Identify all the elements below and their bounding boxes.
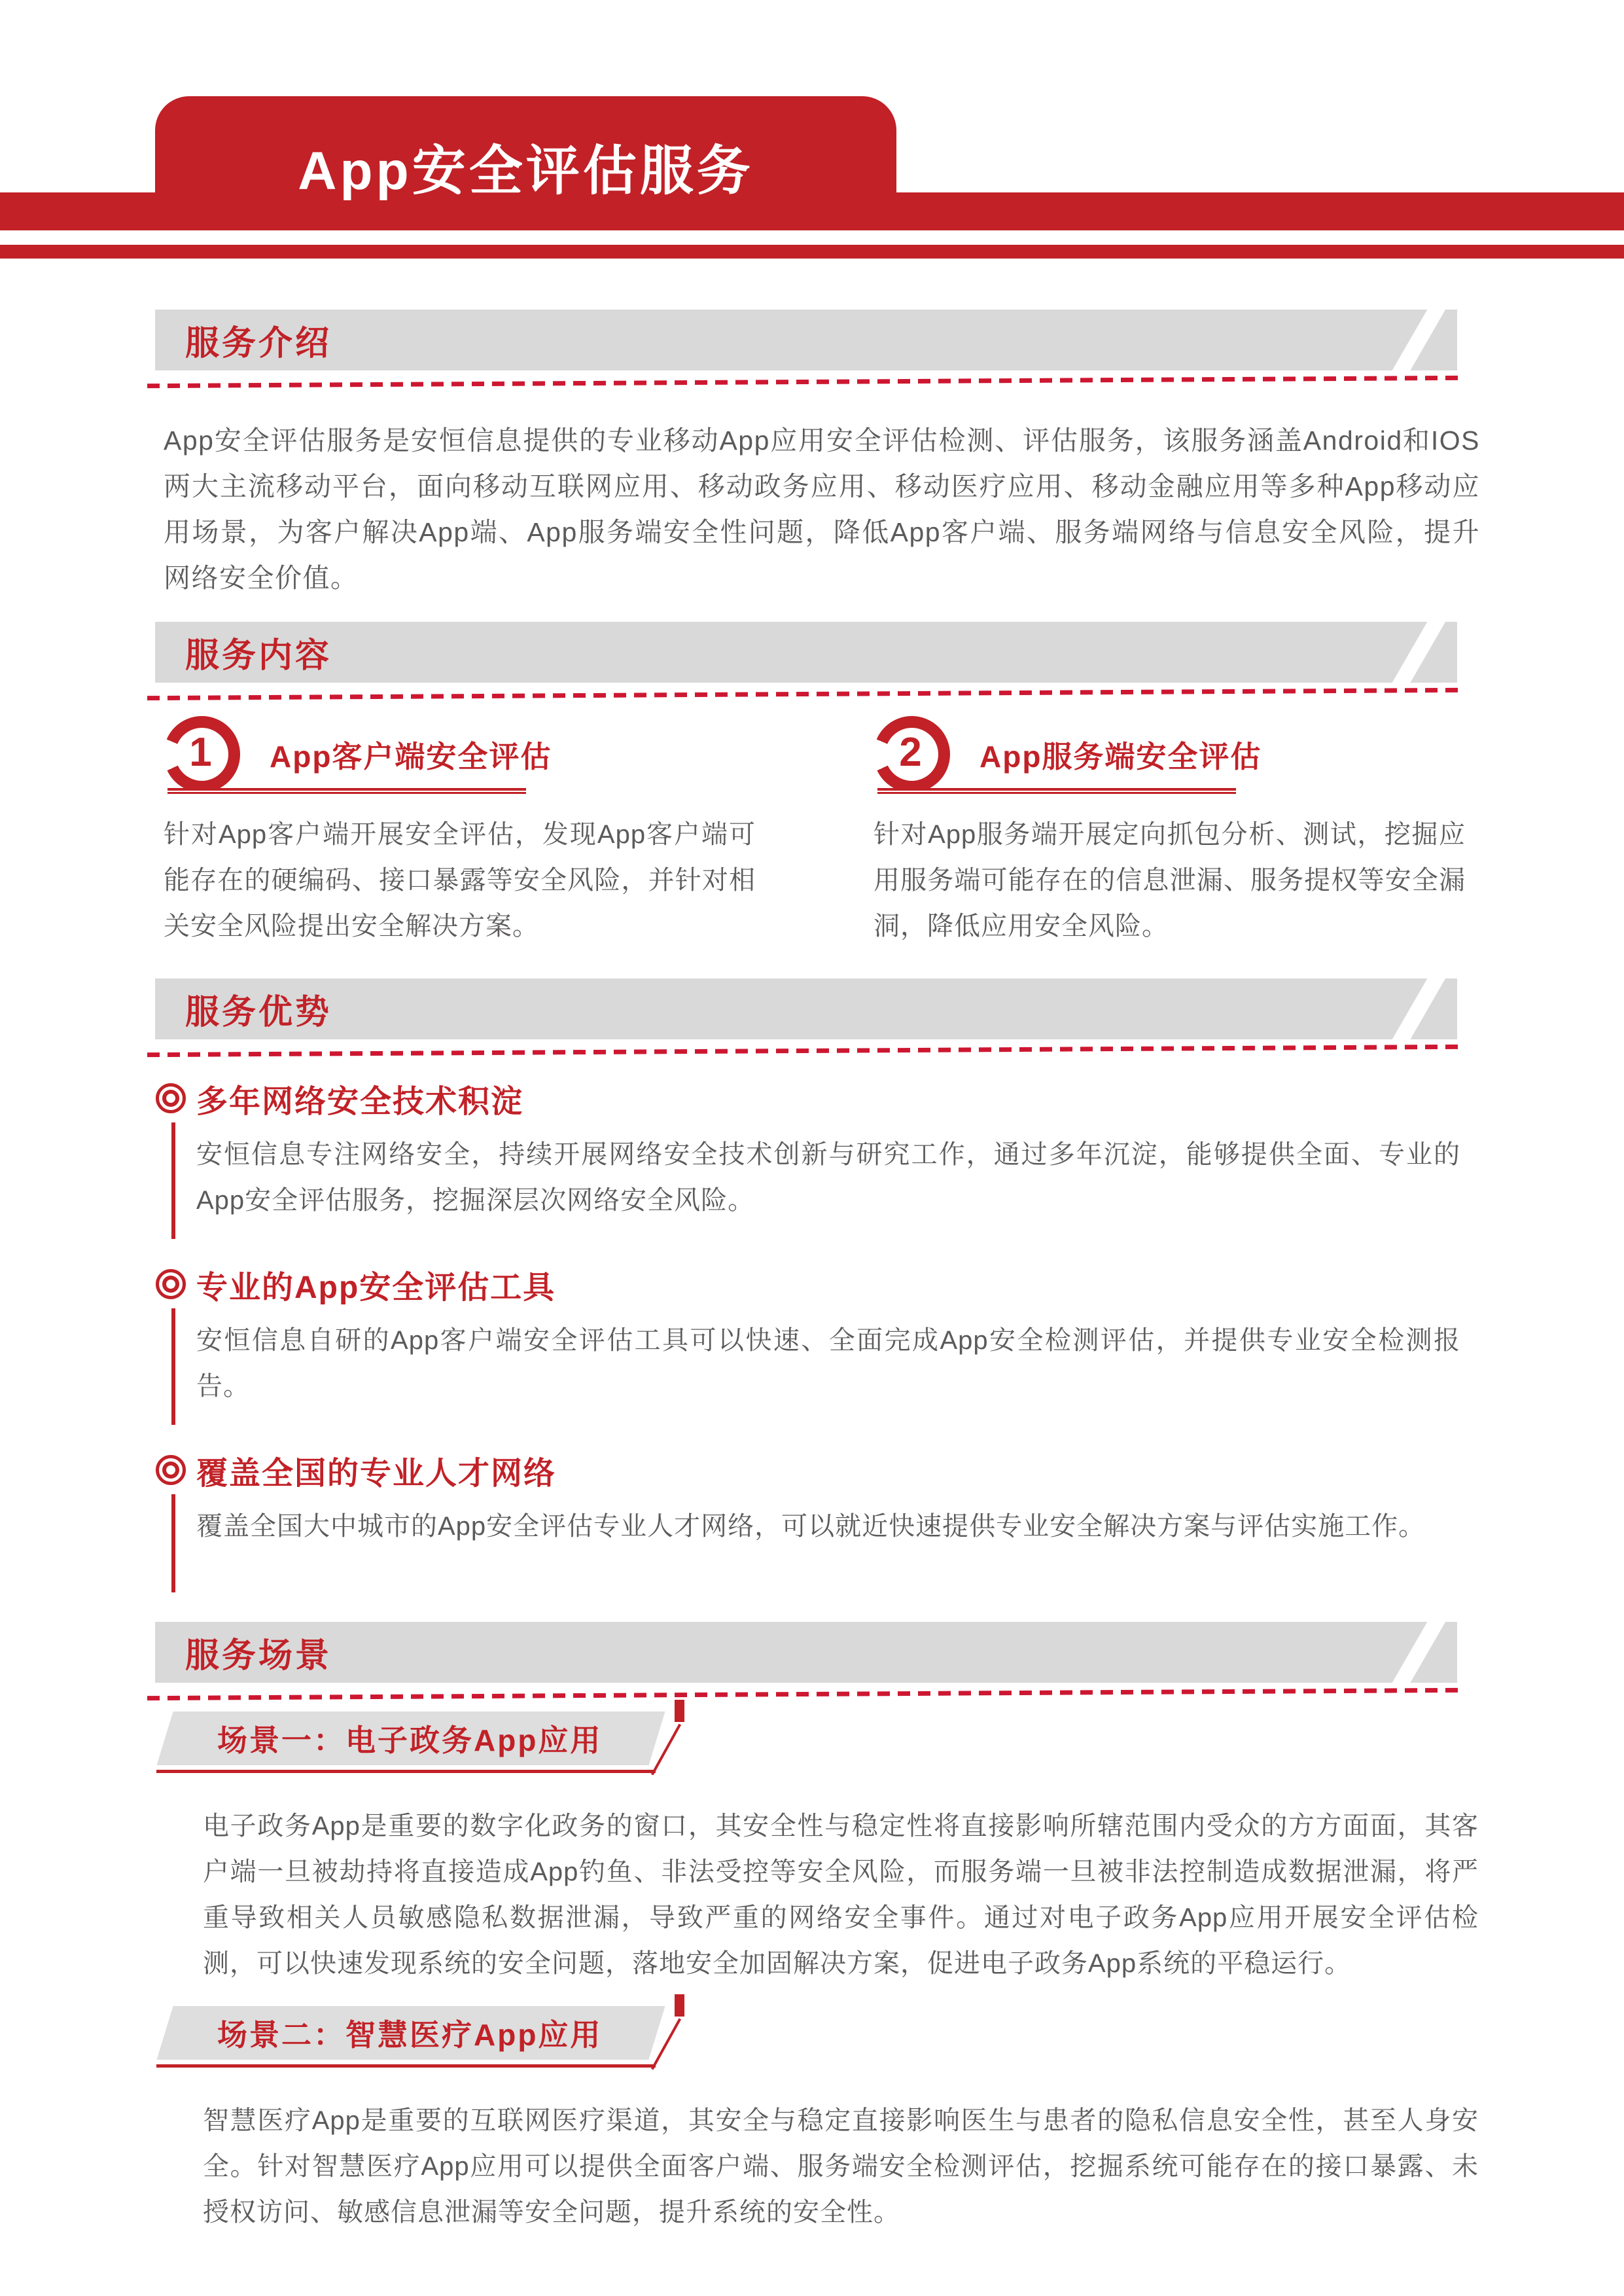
advantage-body: 安恒信息自研的App客户端安全评估工具可以快速、全面完成App安全检测评估，并提…	[171, 1308, 1460, 1425]
section-intro: 服务介绍 App安全评估服务是安恒信息提供的专业移动App应用安全评估检测、评估…	[0, 310, 1624, 601]
item-number: 2	[874, 716, 947, 789]
banner-slash-icon	[1389, 310, 1452, 370]
content-item-title: App服务端安全评估	[980, 716, 1262, 793]
dashed-divider	[147, 688, 1459, 700]
scenario-label-text: 场景二：智慧医疗App应用	[217, 2006, 602, 2060]
section-banner-scenarios: 服务场景	[155, 1622, 1457, 1683]
content-items-row: 1 App客户端安全评估 针对App客户端开展安全评估，发现App客户端可能存在…	[164, 716, 1624, 949]
header-rule	[0, 245, 1624, 259]
section-scenarios: 服务场景 场景一：电子政务App应用 电子政务App是重要的数字化政务的窗口，其…	[0, 1622, 1624, 2235]
banner-slash-icon	[1389, 1622, 1452, 1683]
advantage-item-tools: 专业的App安全评估工具 安恒信息自研的App客户端安全评估工具可以快速、全面完…	[0, 1265, 1624, 1425]
advantage-header: 多年网络安全技术积淀	[156, 1079, 1624, 1117]
dashed-divider	[147, 376, 1459, 388]
page-header: App安全评估服务	[0, 0, 1624, 264]
content-item-body: 针对App客户端开展安全评估，发现App客户端可能存在的硬编码、接口暴露等安全风…	[164, 812, 756, 949]
content-item-body: 针对App服务端开展定向抓包分析、测试，挖掘应用服务端可能存在的信息泄漏、服务提…	[874, 812, 1466, 949]
scenario-underline	[156, 1770, 656, 1773]
target-circle-icon	[156, 1269, 186, 1299]
scenario-square-marker	[675, 1700, 684, 1722]
section-banner-content: 服务内容	[155, 622, 1457, 683]
section-content: 服务内容 1 App客户端安全评估 针对App客户端开展安全评估，发现App客户…	[0, 622, 1624, 949]
item-number: 1	[164, 716, 238, 789]
item-underline	[877, 788, 1236, 794]
section-heading-advantages: 服务优势	[155, 984, 332, 1033]
section-advantages: 服务优势 多年网络安全技术积淀 安恒信息专注网络安全，持续开展网络安全技术创新与…	[0, 978, 1624, 1592]
target-circle-icon	[156, 1083, 186, 1113]
advantage-header: 覆盖全国的专业人才网络	[156, 1451, 1624, 1489]
scenario-label-egov: 场景一：电子政务App应用	[0, 1712, 1624, 1774]
advantage-body: 安恒信息专注网络安全，持续开展网络安全技术创新与研究工作，通过多年沉淀，能够提供…	[171, 1122, 1460, 1239]
advantage-item-talent: 覆盖全国的专业人才网络 覆盖全国大中城市的App安全评估专业人才网络，可以就近快…	[0, 1451, 1624, 1592]
scenario-label-text: 场景一：电子政务App应用	[217, 1712, 602, 1765]
content-item-server: 2 App服务端安全评估 针对App服务端开展定向抓包分析、测试，挖掘应用服务端…	[874, 716, 1466, 949]
advantage-title: 覆盖全国的专业人才网络	[196, 1448, 556, 1493]
item-underline	[168, 788, 526, 794]
content-item-header: 2 App服务端安全评估	[874, 716, 1466, 797]
scenario-body-medical: 智慧医疗App是重要的互联网医疗渠道，其安全与稳定直接影响医生与患者的隐私信息安…	[203, 2098, 1479, 2235]
section-heading-intro: 服务介绍	[155, 315, 332, 365]
target-circle-icon	[156, 1455, 186, 1485]
scenario-square-marker	[675, 1994, 684, 2017]
content-item-title: App客户端安全评估	[270, 716, 552, 793]
document-page: App安全评估服务 服务介绍 App安全评估服务是安恒信息提供的专业移动App应…	[0, 0, 1624, 2296]
scenario-body-egov: 电子政务App是重要的数字化政务的窗口，其安全性与稳定性将直接影响所辖范围内受众…	[203, 1803, 1479, 1986]
dashed-divider	[147, 1045, 1459, 1057]
content-item-client: 1 App客户端安全评估 针对App客户端开展安全评估，发现App客户端可能存在…	[164, 716, 756, 949]
title-banner: App安全评估服务	[155, 96, 896, 230]
advantage-item-tech: 多年网络安全技术积淀 安恒信息专注网络安全，持续开展网络安全技术创新与研究工作，…	[0, 1079, 1624, 1239]
scenario-label-medical: 场景二：智慧医疗App应用	[0, 2006, 1624, 2068]
advantage-header: 专业的App安全评估工具	[156, 1265, 1624, 1303]
number-ring-icon: 2	[874, 716, 950, 793]
advantage-title: 专业的App安全评估工具	[196, 1262, 556, 1307]
intro-paragraph: App安全评估服务是安恒信息提供的专业移动App应用安全评估检测、评估服务，该服…	[164, 418, 1480, 601]
page-title: App安全评估服务	[298, 122, 753, 205]
content-item-header: 1 App客户端安全评估	[164, 716, 756, 797]
number-ring-icon: 1	[164, 716, 240, 793]
section-banner-advantages: 服务优势	[155, 978, 1457, 1039]
banner-slash-icon	[1389, 622, 1452, 683]
section-banner-intro: 服务介绍	[155, 310, 1457, 370]
advantage-title: 多年网络安全技术积淀	[196, 1076, 523, 1121]
advantage-body: 覆盖全国大中城市的App安全评估专业人才网络，可以就近快速提供专业安全解决方案与…	[171, 1494, 1460, 1592]
section-heading-scenarios: 服务场景	[155, 1628, 332, 1677]
section-heading-content: 服务内容	[155, 628, 332, 677]
dashed-divider	[147, 1688, 1459, 1700]
scenario-underline	[156, 2064, 656, 2068]
banner-slash-icon	[1389, 978, 1452, 1039]
